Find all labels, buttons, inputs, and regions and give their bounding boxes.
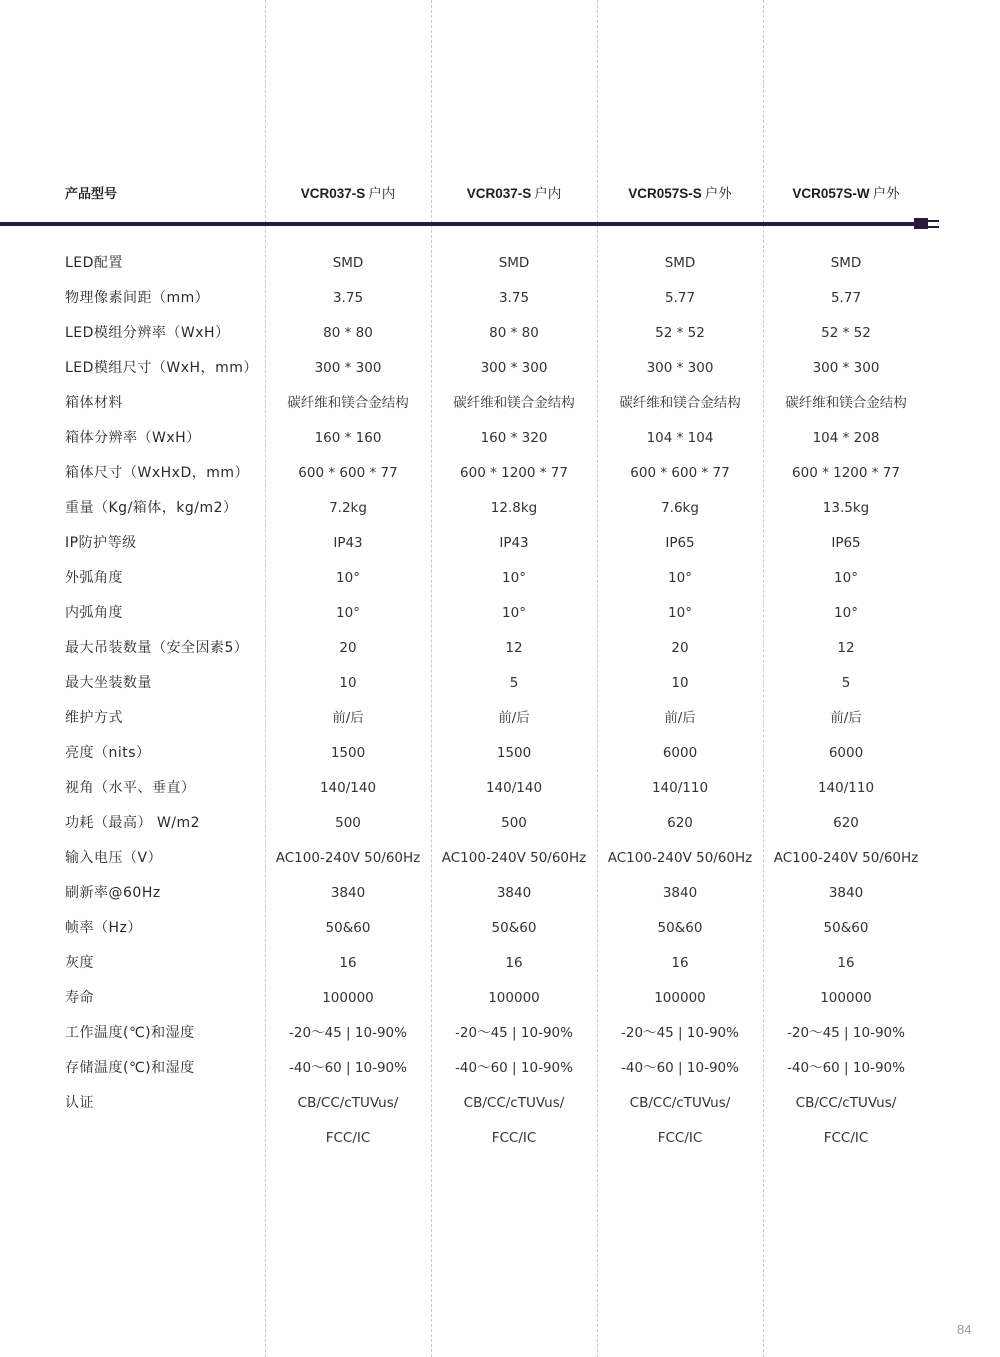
cell-model-2: AC100-240V 50/60Hz: [431, 841, 597, 876]
cell-model-1: 3840: [265, 876, 431, 911]
row-label: 最大坐装数量: [65, 666, 152, 701]
cell-model-2: 12.8kg: [431, 491, 597, 526]
cell-model-2: 300 * 300: [431, 351, 597, 386]
header-model-1: VCR037-S户内: [265, 183, 431, 205]
cell-model-1: AC100-240V 50/60Hz: [265, 841, 431, 876]
cell-model-4: AC100-240V 50/60Hz: [763, 841, 929, 876]
header-rule: [0, 222, 916, 226]
model-location: 户内: [534, 186, 561, 201]
cell-model-2: 12: [431, 631, 597, 666]
cell-model-4: 620: [763, 806, 929, 841]
table-row-certification-cont: FCC/ICFCC/ICFCC/ICFCC/IC: [0, 1121, 1000, 1156]
cell-model-3: 10°: [597, 596, 763, 631]
cell-model-1: 50&60: [265, 911, 431, 946]
cell-model-2: 50&60: [431, 911, 597, 946]
cell-model-4: CB/CC/cTUVus/: [763, 1086, 929, 1121]
cell-model-2: 前/后: [431, 701, 597, 736]
cell-model-1: SMD: [265, 246, 431, 281]
cell-model-4: 52 * 52: [763, 316, 929, 351]
cell-model-2: 10°: [431, 596, 597, 631]
cell-model-4: 140/110: [763, 771, 929, 806]
cell-model-1: IP43: [265, 526, 431, 561]
row-label: 最大吊装数量（安全因素5）: [65, 631, 248, 666]
model-name: VCR037-S: [301, 186, 366, 201]
cell-model-3: 620: [597, 806, 763, 841]
row-label: 寿命: [65, 981, 94, 1016]
cell-model-3: AC100-240V 50/60Hz: [597, 841, 763, 876]
table-row-weight: 重量（Kg/箱体，kg/m2）7.2kg12.8kg7.6kg13.5kg: [0, 491, 1000, 526]
row-label: 认证: [65, 1086, 94, 1121]
table-row-led-config: LED配置SMDSMDSMDSMD: [0, 246, 1000, 281]
cell-model-2: 500: [431, 806, 597, 841]
header-model-4: VCR057S-W户外: [763, 183, 929, 205]
cell-model-2: 碳纤维和镁合金结构: [431, 386, 597, 421]
table-row-max-hanging: 最大吊装数量（安全因素5）20122012: [0, 631, 1000, 666]
cell-model-4: SMD: [763, 246, 929, 281]
cell-model-3: 100000: [597, 981, 763, 1016]
cell-model-2: 5: [431, 666, 597, 701]
cell-model-2: 3840: [431, 876, 597, 911]
cell-model-4: 10°: [763, 596, 929, 631]
row-label: 存储温度(℃)和湿度: [65, 1051, 195, 1086]
row-label: 箱体尺寸（WxHxD，mm）: [65, 456, 249, 491]
cell-model-1: 碳纤维和镁合金结构: [265, 386, 431, 421]
model-location: 户内: [368, 186, 395, 201]
table-row-grayscale: 灰度16161616: [0, 946, 1000, 981]
row-label: 亮度（nits）: [65, 736, 151, 771]
cell-model-2: 140/140: [431, 771, 597, 806]
cell-model-4: IP65: [763, 526, 929, 561]
cell-model-3: 50&60: [597, 911, 763, 946]
table-row-certification: 认证CB/CC/cTUVus/CB/CC/cTUVus/CB/CC/cTUVus…: [0, 1086, 1000, 1121]
row-label: 外弧角度: [65, 561, 123, 596]
cell-model-3: 7.6kg: [597, 491, 763, 526]
cell-model-3: IP65: [597, 526, 763, 561]
table-row-lifespan: 寿命100000100000100000100000: [0, 981, 1000, 1016]
cell-model-3: 16: [597, 946, 763, 981]
table-row-operating-temp-humidity: 工作温度(℃)和湿度-20～45 | 10-90%-20～45 | 10-90%…: [0, 1016, 1000, 1051]
row-label: LED配置: [65, 246, 123, 281]
page-number: 84: [957, 1322, 971, 1337]
cell-model-2: -40～60 | 10-90%: [431, 1051, 597, 1086]
table-row-convex-angle: 外弧角度10°10°10°10°: [0, 561, 1000, 596]
model-location: 户外: [873, 186, 900, 201]
cell-model-4: 5.77: [763, 281, 929, 316]
cell-model-4: 16: [763, 946, 929, 981]
cell-model-4: 50&60: [763, 911, 929, 946]
cell-model-4: 12: [763, 631, 929, 666]
cell-model-2: IP43: [431, 526, 597, 561]
row-label: IP防护等级: [65, 526, 137, 561]
cell-model-2: CB/CC/cTUVus/: [431, 1086, 597, 1121]
cell-model-2: 160 * 320: [431, 421, 597, 456]
cell-model-2: -20～45 | 10-90%: [431, 1016, 597, 1051]
header-model-2: VCR037-S户内: [431, 183, 597, 205]
cell-model-3: 10: [597, 666, 763, 701]
table-row-max-stacking: 最大坐装数量105105: [0, 666, 1000, 701]
cell-model-3: 5.77: [597, 281, 763, 316]
table-row-power-consumption: 功耗（最高） W/m2500500620620: [0, 806, 1000, 841]
cell-model-1: 1500: [265, 736, 431, 771]
model-name: VCR057S-W: [792, 186, 869, 201]
cell-model-1: 160 * 160: [265, 421, 431, 456]
cell-model-4: FCC/IC: [763, 1121, 929, 1156]
cell-model-4: 5: [763, 666, 929, 701]
cell-model-1: 7.2kg: [265, 491, 431, 526]
row-label: 视角（水平、垂直）: [65, 771, 196, 806]
cell-model-4: 13.5kg: [763, 491, 929, 526]
row-label: 物理像素间距（mm）: [65, 281, 209, 316]
cell-model-3: 碳纤维和镁合金结构: [597, 386, 763, 421]
model-location: 户外: [705, 186, 732, 201]
table-row-ip-rating: IP防护等级IP43IP43IP65IP65: [0, 526, 1000, 561]
row-label: 内弧角度: [65, 596, 123, 631]
cell-model-1: -20～45 | 10-90%: [265, 1016, 431, 1051]
cell-model-1: 16: [265, 946, 431, 981]
cell-model-1: 600 * 600 * 77: [265, 456, 431, 491]
cell-model-4: 6000: [763, 736, 929, 771]
header-label-product-model: 产品型号: [65, 183, 117, 205]
cell-model-4: 104 * 208: [763, 421, 929, 456]
cell-model-4: 100000: [763, 981, 929, 1016]
model-name: VCR037-S: [467, 186, 532, 201]
cell-model-4: 前/后: [763, 701, 929, 736]
cell-model-3: SMD: [597, 246, 763, 281]
cell-model-3: -40～60 | 10-90%: [597, 1051, 763, 1086]
table-row-viewing-angle: 视角（水平、垂直）140/140140/140140/110140/110: [0, 771, 1000, 806]
table-row-cabinet-resolution: 箱体分辨率（WxH）160 * 160160 * 320104 * 104104…: [0, 421, 1000, 456]
cell-model-3: 52 * 52: [597, 316, 763, 351]
cell-model-4: -20～45 | 10-90%: [763, 1016, 929, 1051]
row-label: 重量（Kg/箱体，kg/m2）: [65, 491, 238, 526]
cell-model-4: 10°: [763, 561, 929, 596]
row-label: 刷新率@60Hz: [65, 876, 161, 911]
cell-model-4: -40～60 | 10-90%: [763, 1051, 929, 1086]
cell-model-3: FCC/IC: [597, 1121, 763, 1156]
table-row-refresh-rate: 刷新率@60Hz3840384038403840: [0, 876, 1000, 911]
cell-model-1: FCC/IC: [265, 1121, 431, 1156]
header-model-3: VCR057S-S户外: [597, 183, 763, 205]
table-row-input-voltage: 输入电压（V）AC100-240V 50/60HzAC100-240V 50/6…: [0, 841, 1000, 876]
cell-model-2: 3.75: [431, 281, 597, 316]
cell-model-4: 3840: [763, 876, 929, 911]
table-row-concave-angle: 内弧角度10°10°10°10°: [0, 596, 1000, 631]
cell-model-2: SMD: [431, 246, 597, 281]
cell-model-3: 104 * 104: [597, 421, 763, 456]
cell-model-3: 600 * 600 * 77: [597, 456, 763, 491]
cell-model-3: 20: [597, 631, 763, 666]
cell-model-1: 10: [265, 666, 431, 701]
cell-model-2: 16: [431, 946, 597, 981]
cell-model-3: 6000: [597, 736, 763, 771]
row-label: 维护方式: [65, 701, 123, 736]
cell-model-1: 300 * 300: [265, 351, 431, 386]
cell-model-3: 300 * 300: [597, 351, 763, 386]
cell-model-2: 100000: [431, 981, 597, 1016]
cell-model-4: 300 * 300: [763, 351, 929, 386]
cell-model-2: FCC/IC: [431, 1121, 597, 1156]
cell-model-4: 碳纤维和镁合金结构: [763, 386, 929, 421]
table-row-frame-rate: 帧率（Hz）50&6050&6050&6050&60: [0, 911, 1000, 946]
row-label: 帧率（Hz）: [65, 911, 142, 946]
cell-model-2: 10°: [431, 561, 597, 596]
row-label: 工作温度(℃)和湿度: [65, 1016, 195, 1051]
cell-model-2: 80 * 80: [431, 316, 597, 351]
cell-model-1: 20: [265, 631, 431, 666]
row-label: 箱体材料: [65, 386, 123, 421]
cell-model-1: CB/CC/cTUVus/: [265, 1086, 431, 1121]
cell-model-3: -20～45 | 10-90%: [597, 1016, 763, 1051]
cell-model-1: 10°: [265, 561, 431, 596]
row-label: LED模组尺寸（WxH，mm）: [65, 351, 258, 386]
cell-model-1: 3.75: [265, 281, 431, 316]
cell-model-3: CB/CC/cTUVus/: [597, 1086, 763, 1121]
cell-model-3: 10°: [597, 561, 763, 596]
cell-model-3: 前/后: [597, 701, 763, 736]
cell-model-1: -40～60 | 10-90%: [265, 1051, 431, 1086]
cell-model-1: 10°: [265, 596, 431, 631]
cell-model-2: 600 * 1200 * 77: [431, 456, 597, 491]
table-row-maintenance: 维护方式前/后前/后前/后前/后: [0, 701, 1000, 736]
cell-model-1: 500: [265, 806, 431, 841]
table-row-cabinet-size: 箱体尺寸（WxHxD，mm）600 * 600 * 77600 * 1200 *…: [0, 456, 1000, 491]
row-label: 功耗（最高） W/m2: [65, 806, 200, 841]
table-row-pixel-pitch: 物理像素间距（mm）3.753.755.775.77: [0, 281, 1000, 316]
cell-model-1: 140/140: [265, 771, 431, 806]
table-row-cabinet-material: 箱体材料碳纤维和镁合金结构碳纤维和镁合金结构碳纤维和镁合金结构碳纤维和镁合金结构: [0, 386, 1000, 421]
cell-model-1: 前/后: [265, 701, 431, 736]
row-label: 输入电压（V）: [65, 841, 162, 876]
cell-model-2: 1500: [431, 736, 597, 771]
row-label: LED模组分辨率（WxH）: [65, 316, 230, 351]
table-row-module-size: LED模组尺寸（WxH，mm）300 * 300300 * 300300 * 3…: [0, 351, 1000, 386]
row-label: 箱体分辨率（WxH）: [65, 421, 201, 456]
table-row-module-resolution: LED模组分辨率（WxH）80 * 8080 * 8052 * 5252 * 5…: [0, 316, 1000, 351]
model-name: VCR057S-S: [628, 186, 702, 201]
row-label: 灰度: [65, 946, 94, 981]
cell-model-3: 3840: [597, 876, 763, 911]
cell-model-3: 140/110: [597, 771, 763, 806]
table-row-brightness: 亮度（nits）1500150060006000: [0, 736, 1000, 771]
table-row-storage-temp-humidity: 存储温度(℃)和湿度-40～60 | 10-90%-40～60 | 10-90%…: [0, 1051, 1000, 1086]
cell-model-1: 100000: [265, 981, 431, 1016]
cell-model-4: 600 * 1200 * 77: [763, 456, 929, 491]
cell-model-1: 80 * 80: [265, 316, 431, 351]
